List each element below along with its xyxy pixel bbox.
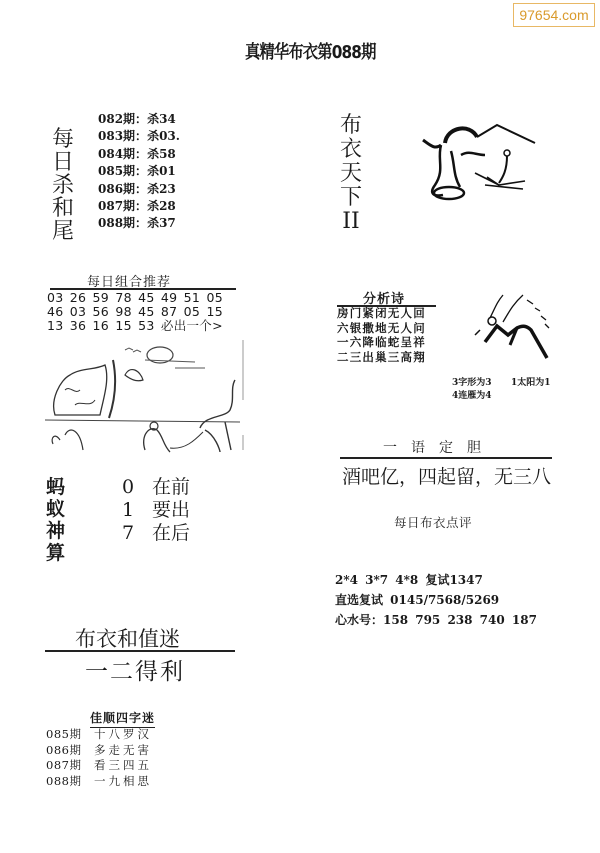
daily-review-title: 每日布衣点评	[394, 513, 472, 531]
review-line: 直选复试 0145/7568/5269	[335, 590, 537, 610]
label-char: 布	[338, 114, 364, 138]
label-char: 下	[338, 186, 364, 210]
one-word-text: 酒吧亿，四起留，无三八	[342, 462, 551, 489]
ant-calc-label: 蚂 蚁 神 算	[46, 476, 70, 564]
cow-sketch-illustration	[415, 115, 545, 205]
label-char: 衣	[338, 138, 364, 162]
four-char-riddle-title: 佳顺四字迷	[90, 709, 155, 728]
review-line: 心水号：158 795 238 740 187	[335, 610, 537, 630]
combo-row: 13 36 16 15 53 必出一个>	[47, 319, 223, 333]
poem-line: 二三出巢三高翔	[337, 350, 426, 365]
label-char: 蚁	[46, 498, 70, 520]
poem-hint: 1太阳为1	[511, 375, 551, 388]
poem-line: 房门紧闭无人回	[337, 306, 426, 321]
label-char: 神	[46, 520, 70, 542]
list-item: 088期一九相思	[46, 774, 152, 790]
poem-line: 六银撒地无人问	[337, 321, 426, 336]
page-title: 真精华布衣第088期	[245, 38, 376, 64]
list-item: 086期：杀23	[98, 181, 180, 198]
analysis-poem-lines: 房门紧闭无人回 六银撒地无人问 一六降临蛇呈祥 二三出巢三高翔	[337, 306, 426, 364]
ant-calc-row: 0在前	[122, 476, 190, 499]
combo-row: 46 03 56 98 45 87 05 15	[47, 305, 223, 319]
ant-calc-row: 7在后	[122, 522, 190, 545]
label-char: 日	[50, 151, 76, 174]
buyi-tianxia-label: 布 衣 天 下 II	[338, 114, 364, 234]
ant-calc-rows: 0在前 1要出 7在后	[122, 476, 190, 545]
label-char: II	[338, 210, 364, 234]
divider	[340, 457, 552, 459]
list-item: 085期：杀01	[98, 163, 180, 180]
poem-hint: 4连雁为4	[452, 388, 492, 401]
list-item: 083期：杀03.	[98, 128, 180, 145]
kill-tail-list: 082期：杀34 083期：杀03. 084期：杀58 085期：杀01 086…	[98, 111, 180, 233]
mountain-sketch-illustration	[465, 290, 565, 365]
list-item: 082期：杀34	[98, 111, 180, 128]
combo-row: 03 26 59 78 45 49 51 05	[47, 291, 223, 305]
list-item: 088期：杀37	[98, 215, 180, 232]
list-item: 087期：杀28	[98, 198, 180, 215]
label-char: 算	[46, 542, 70, 564]
one-word-title: 一语定胆	[383, 437, 495, 457]
list-item: 087期看三四五	[46, 758, 152, 774]
poem-line: 一六降临蛇呈祥	[337, 335, 426, 350]
review-line: 2*4 3*7 4*8 复试1347	[335, 570, 537, 590]
label-char: 天	[338, 162, 364, 186]
daily-combo-grid: 03 26 59 78 45 49 51 05 46 03 56 98 45 8…	[47, 291, 223, 333]
four-char-riddle-list: 085期十八罗汉 086期多走无害 087期看三四五 088期一九相思	[46, 727, 152, 789]
label-char: 杀	[50, 174, 76, 197]
ant-calc-row: 1要出	[122, 499, 190, 522]
label-char: 每	[50, 128, 76, 151]
list-item: 086期多走无害	[46, 743, 152, 759]
buyi-riddle-answer: 一二得利	[85, 653, 185, 686]
poem-hint: 3字形为3	[452, 375, 492, 388]
daily-review-lines: 2*4 3*7 4*8 复试1347 直选复试 0145/7568/5269 心…	[335, 570, 537, 630]
herdsman-ox-illustration	[45, 340, 245, 455]
label-char: 尾	[50, 220, 76, 243]
label-char: 蚂	[46, 476, 70, 498]
list-item: 084期：杀58	[98, 146, 180, 163]
label-char: 和	[50, 197, 76, 220]
divider	[45, 650, 235, 652]
kill-tail-label: 每 日 杀 和 尾	[50, 128, 76, 243]
list-item: 085期十八罗汉	[46, 727, 152, 743]
buyi-riddle-title: 布衣和值迷	[75, 623, 180, 653]
site-watermark[interactable]: 97654.com	[513, 3, 595, 27]
